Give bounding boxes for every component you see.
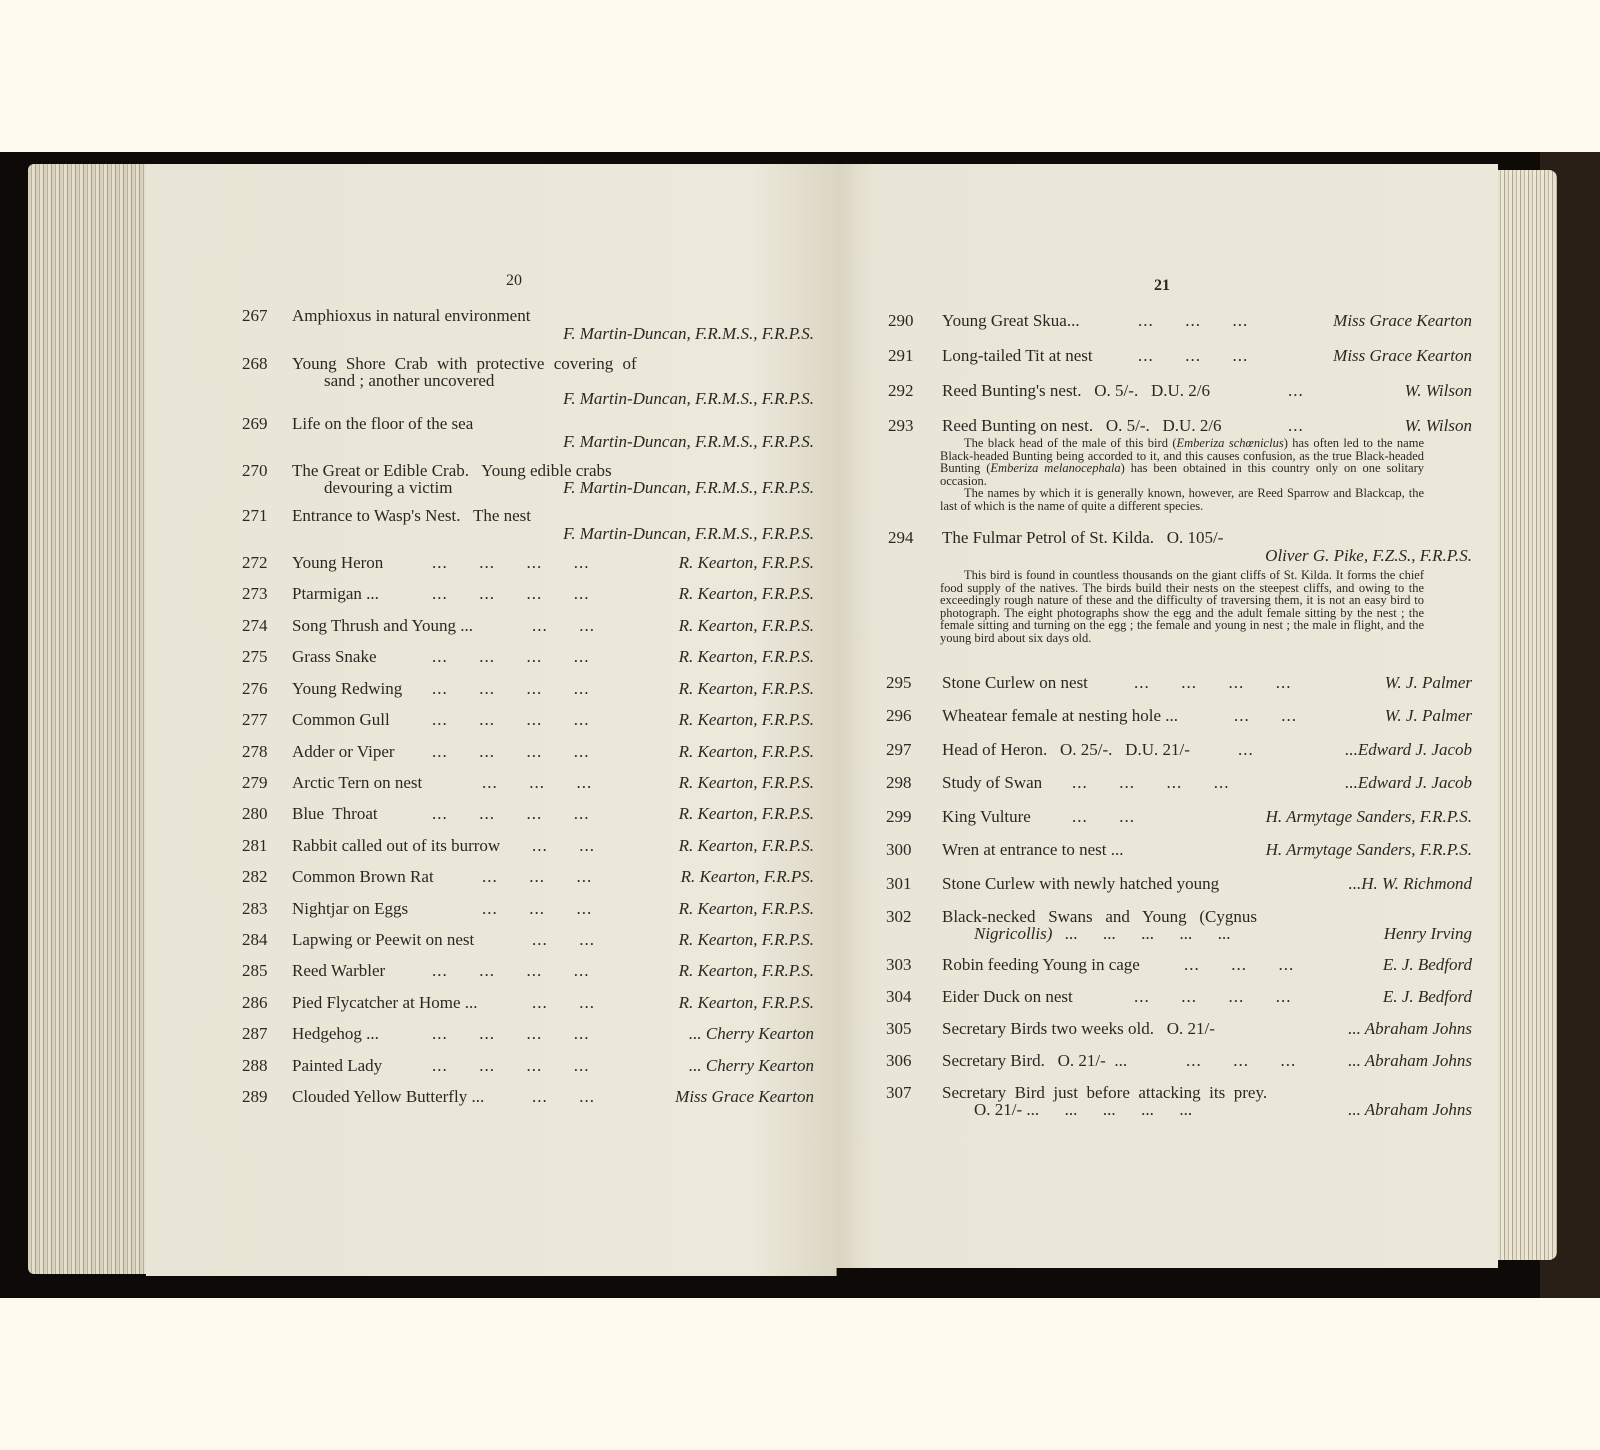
leader-dots: ... ... ... ... [432,962,590,980]
entry-credit: R. Kearton, F.R.P.S. [679,774,814,792]
entry-credit: W. Wilson [1405,417,1472,435]
entry-credit: ... Abraham Johns [1348,1052,1472,1070]
entry-number: 286 [242,994,282,1012]
entry-number: 268 [242,355,282,373]
leader-dots: ... ... [1234,707,1297,725]
entry-credit: R. Kearton, F.R.P.S. [679,805,814,823]
entry-title: Arctic Tern on nest [292,774,422,792]
leader-dots: ... ... ... ... [432,1025,590,1043]
entry-title: Eider Duck on nest [942,988,1073,1006]
entry-number: 303 [886,956,926,974]
entry-credit: R. Kearton, F.R.P.S. [679,931,814,949]
entry-number: 287 [242,1025,282,1043]
entry-credit: F. Martin-Duncan, F.R.M.S., F.R.P.S. [563,390,814,408]
entry-title: Common Gull [292,711,390,729]
entry-credit: Oliver G. Pike, F.Z.S., F.R.P.S. [1265,547,1472,565]
entry-title: Entrance to Wasp's Nest. The nest [292,507,531,525]
entry-title: Pied Flycatcher at Home ... [292,994,478,1012]
entry-title: Common Brown Rat [292,868,434,886]
leader-dots: ... ... ... [1184,956,1294,974]
entry-credit: R. Kearton, F.R.P.S. [679,585,814,603]
entry-number: 270 [242,462,282,480]
entry-number: 299 [886,808,926,826]
leader-dots: ... ... [532,1088,595,1106]
entry-credit: Miss Grace Kearton [1333,347,1472,365]
entry-number: 296 [886,707,926,725]
entry-credit: ...H. W. Richmond [1348,875,1472,893]
entry-number: 294 [888,529,928,547]
entry-number: 305 [886,1020,926,1038]
leader-dots: ... ... ... [1186,1052,1296,1070]
entry-number: 289 [242,1088,282,1106]
page-edges-right [1497,170,1557,1260]
entry-number: 292 [888,382,928,400]
entry-title: Wren at entrance to nest ... [942,841,1124,859]
entry-credit: F. Martin-Duncan, F.R.M.S., F.R.P.S. [563,479,814,497]
leader-dots: ... ... [532,617,595,635]
entry-title: Song Thrush and Young ... [292,617,473,635]
entry-credit: W. Wilson [1405,382,1472,400]
entry-title: Young Redwing [292,680,402,698]
entry-number: 273 [242,585,282,603]
entry-credit: R. Kearton, F.R.P.S. [679,837,814,855]
entry-credit: R. Kearton, F.R.P.S. [679,711,814,729]
entry-number: 272 [242,554,282,572]
entry-title: Reed Bunting's nest. O. 5/-. D.U. 2/6 [942,382,1210,400]
entry-credit: Miss Grace Kearton [675,1088,814,1106]
entry-number: 301 [886,875,926,893]
entry-number: 298 [886,774,926,792]
entry-number: 280 [242,805,282,823]
entry-title: Long-tailed Tit at nest [942,347,1093,365]
leader-dots: ... ... ... ... [432,554,590,572]
left-page: 20 267 Amphioxus in natural environment … [146,164,837,1276]
leader-dots: ... [1238,741,1254,759]
entry-number: 284 [242,931,282,949]
leader-dots: ... ... ... ... [432,648,590,666]
entry-credit: W. J. Palmer [1385,707,1472,725]
leader-dots: ... ... ... ... [1134,988,1292,1006]
entry-title: Secretary Bird. O. 21/- ... [942,1052,1127,1070]
entry-credit: R. Kearton, F.R.PS. [681,868,814,886]
entry-title: Robin feeding Young in cage [942,956,1140,974]
page-number: 21 [1154,277,1170,295]
entry-number: 269 [242,415,282,433]
entry-credit: F. Martin-Duncan, F.R.M.S., F.R.P.S. [563,325,814,343]
entry-credit: R. Kearton, F.R.P.S. [679,900,814,918]
entry-credit: ... Abraham Johns [1348,1020,1472,1038]
leader-dots: ... ... ... [482,900,592,918]
entry-number: 290 [888,312,928,330]
entry-number: 302 [886,908,926,926]
entry-credit: R. Kearton, F.R.P.S. [679,680,814,698]
entry-credit: ... Cherry Kearton [689,1057,814,1075]
entry-number: 307 [886,1084,926,1102]
right-page: 21 290 Young Great Skua... ... ... ... M… [836,164,1498,1268]
entry-credit: R. Kearton, F.R.P.S. [679,994,814,1012]
entry-note: This bird is found in countless thousand… [940,569,1424,645]
leader-dots: ... ... ... ... [1134,674,1292,692]
entry-title: Hedgehog ... [292,1025,379,1043]
entry-number: 278 [242,743,282,761]
leader-dots: ... ... [532,837,595,855]
entry-title-continued: devouring a victim [324,479,452,497]
entry-title: Amphioxus in natural environment [292,307,530,325]
entry-credit: F. Martin-Duncan, F.R.M.S., F.R.P.S. [563,525,814,543]
entry-number: 275 [242,648,282,666]
entry-title: Rabbit called out of its burrow [292,837,500,855]
entry-credit: F. Martin-Duncan, F.R.M.S., F.R.P.S. [563,433,814,451]
entry-credit: H. Armytage Sanders, F.R.P.S. [1266,841,1472,859]
entry-credit: R. Kearton, F.R.P.S. [679,554,814,572]
entry-title: Grass Snake [292,648,377,666]
open-book: 20 267 Amphioxus in natural environment … [0,152,1600,1298]
leader-dots: ... ... ... ... [432,585,590,603]
entry-number: 291 [888,347,928,365]
entry-number: 288 [242,1057,282,1075]
entry-credit: ... Abraham Johns [1348,1101,1472,1119]
entry-number: 306 [886,1052,926,1070]
page-edges-left [28,164,150,1274]
entry-credit: Henry Irving [1384,925,1472,943]
leader-dots: ... ... [532,931,595,949]
leader-dots: ... ... ... [482,774,592,792]
entry-title: The Fulmar Petrol of St. Kilda. O. 105/- [942,529,1223,547]
entry-number: 271 [242,507,282,525]
entry-number: 293 [888,417,928,435]
entry-credit: H. Armytage Sanders, F.R.P.S. [1266,808,1472,826]
entry-title: Lapwing or Peewit on nest [292,931,474,949]
leader-dots: ... ... ... ... [432,680,590,698]
entry-credit: ...Edward J. Jacob [1345,774,1472,792]
leader-dots: ... ... ... [482,868,592,886]
entry-credit: R. Kearton, F.R.P.S. [679,648,814,666]
entry-title: Ptarmigan ... [292,585,379,603]
entry-title: King Vulture [942,808,1031,826]
entry-title: Stone Curlew on nest [942,674,1088,692]
entry-number: 274 [242,617,282,635]
entry-credit: E. J. Bedford [1383,956,1472,974]
leader-dots: ... [1288,417,1304,435]
entry-number: 281 [242,837,282,855]
entry-credit: R. Kearton, F.R.P.S. [679,743,814,761]
leader-dots: ... ... [532,994,595,1012]
entry-title: Blue Throat [292,805,378,823]
entry-number: 282 [242,868,282,886]
entry-title-continued: Nigricollis) ... ... ... ... ... [974,925,1231,943]
leader-dots: ... [1288,382,1304,400]
entry-number: 285 [242,962,282,980]
entry-credit: R. Kearton, F.R.P.S. [679,962,814,980]
entry-number: 297 [886,741,926,759]
leader-dots: ... ... [1072,808,1135,826]
entry-number: 283 [242,900,282,918]
entry-title: Head of Heron. O. 25/-. D.U. 21/- [942,741,1190,759]
entry-credit: R. Kearton, F.R.P.S. [679,617,814,635]
entry-title: Life on the floor of the sea [292,415,473,433]
entry-number: 304 [886,988,926,1006]
entry-title: Adder or Viper [292,743,395,761]
entry-credit: ...Edward J. Jacob [1345,741,1472,759]
entry-number: 300 [886,841,926,859]
entry-title: Nightjar on Eggs [292,900,408,918]
entry-number: 277 [242,711,282,729]
entry-number: 267 [242,307,282,325]
entry-title: Secretary Birds two weeks old. O. 21/- [942,1020,1215,1038]
leader-dots: ... ... ... ... [1072,774,1230,792]
entry-title: Painted Lady [292,1057,382,1075]
entry-title: Reed Bunting on nest. O. 5/-. D.U. 2/6 [942,417,1222,435]
leader-dots: ... ... ... [1138,312,1248,330]
leader-dots: ... ... ... ... [432,805,590,823]
entry-title: Wheatear female at nesting hole ... [942,707,1178,725]
entry-title: Young Great Skua... [942,312,1080,330]
entry-title: Stone Curlew with newly hatched young [942,875,1219,893]
leader-dots: ... ... ... ... [432,711,590,729]
entry-credit: Miss Grace Kearton [1333,312,1472,330]
entry-title-continued: sand ; another uncovered [324,372,494,390]
entry-number: 276 [242,680,282,698]
entry-credit: W. J. Palmer [1385,674,1472,692]
entry-title: Study of Swan [942,774,1042,792]
entry-title: Reed Warbler [292,962,385,980]
entry-title: Clouded Yellow Butterfly ... [292,1088,484,1106]
entry-title-continued: O. 21/- ... ... ... ... ... [974,1101,1192,1119]
entry-credit: E. J. Bedford [1383,988,1472,1006]
entry-credit: ... Cherry Kearton [689,1025,814,1043]
entry-number: 295 [886,674,926,692]
leader-dots: ... ... ... ... [432,1057,590,1075]
entry-title: Young Heron [292,554,383,572]
entry-note: The black head of the male of this bird … [940,437,1424,513]
entry-number: 279 [242,774,282,792]
page-number: 20 [506,272,522,290]
leader-dots: ... ... ... [1138,347,1248,365]
leader-dots: ... ... ... ... [432,743,590,761]
